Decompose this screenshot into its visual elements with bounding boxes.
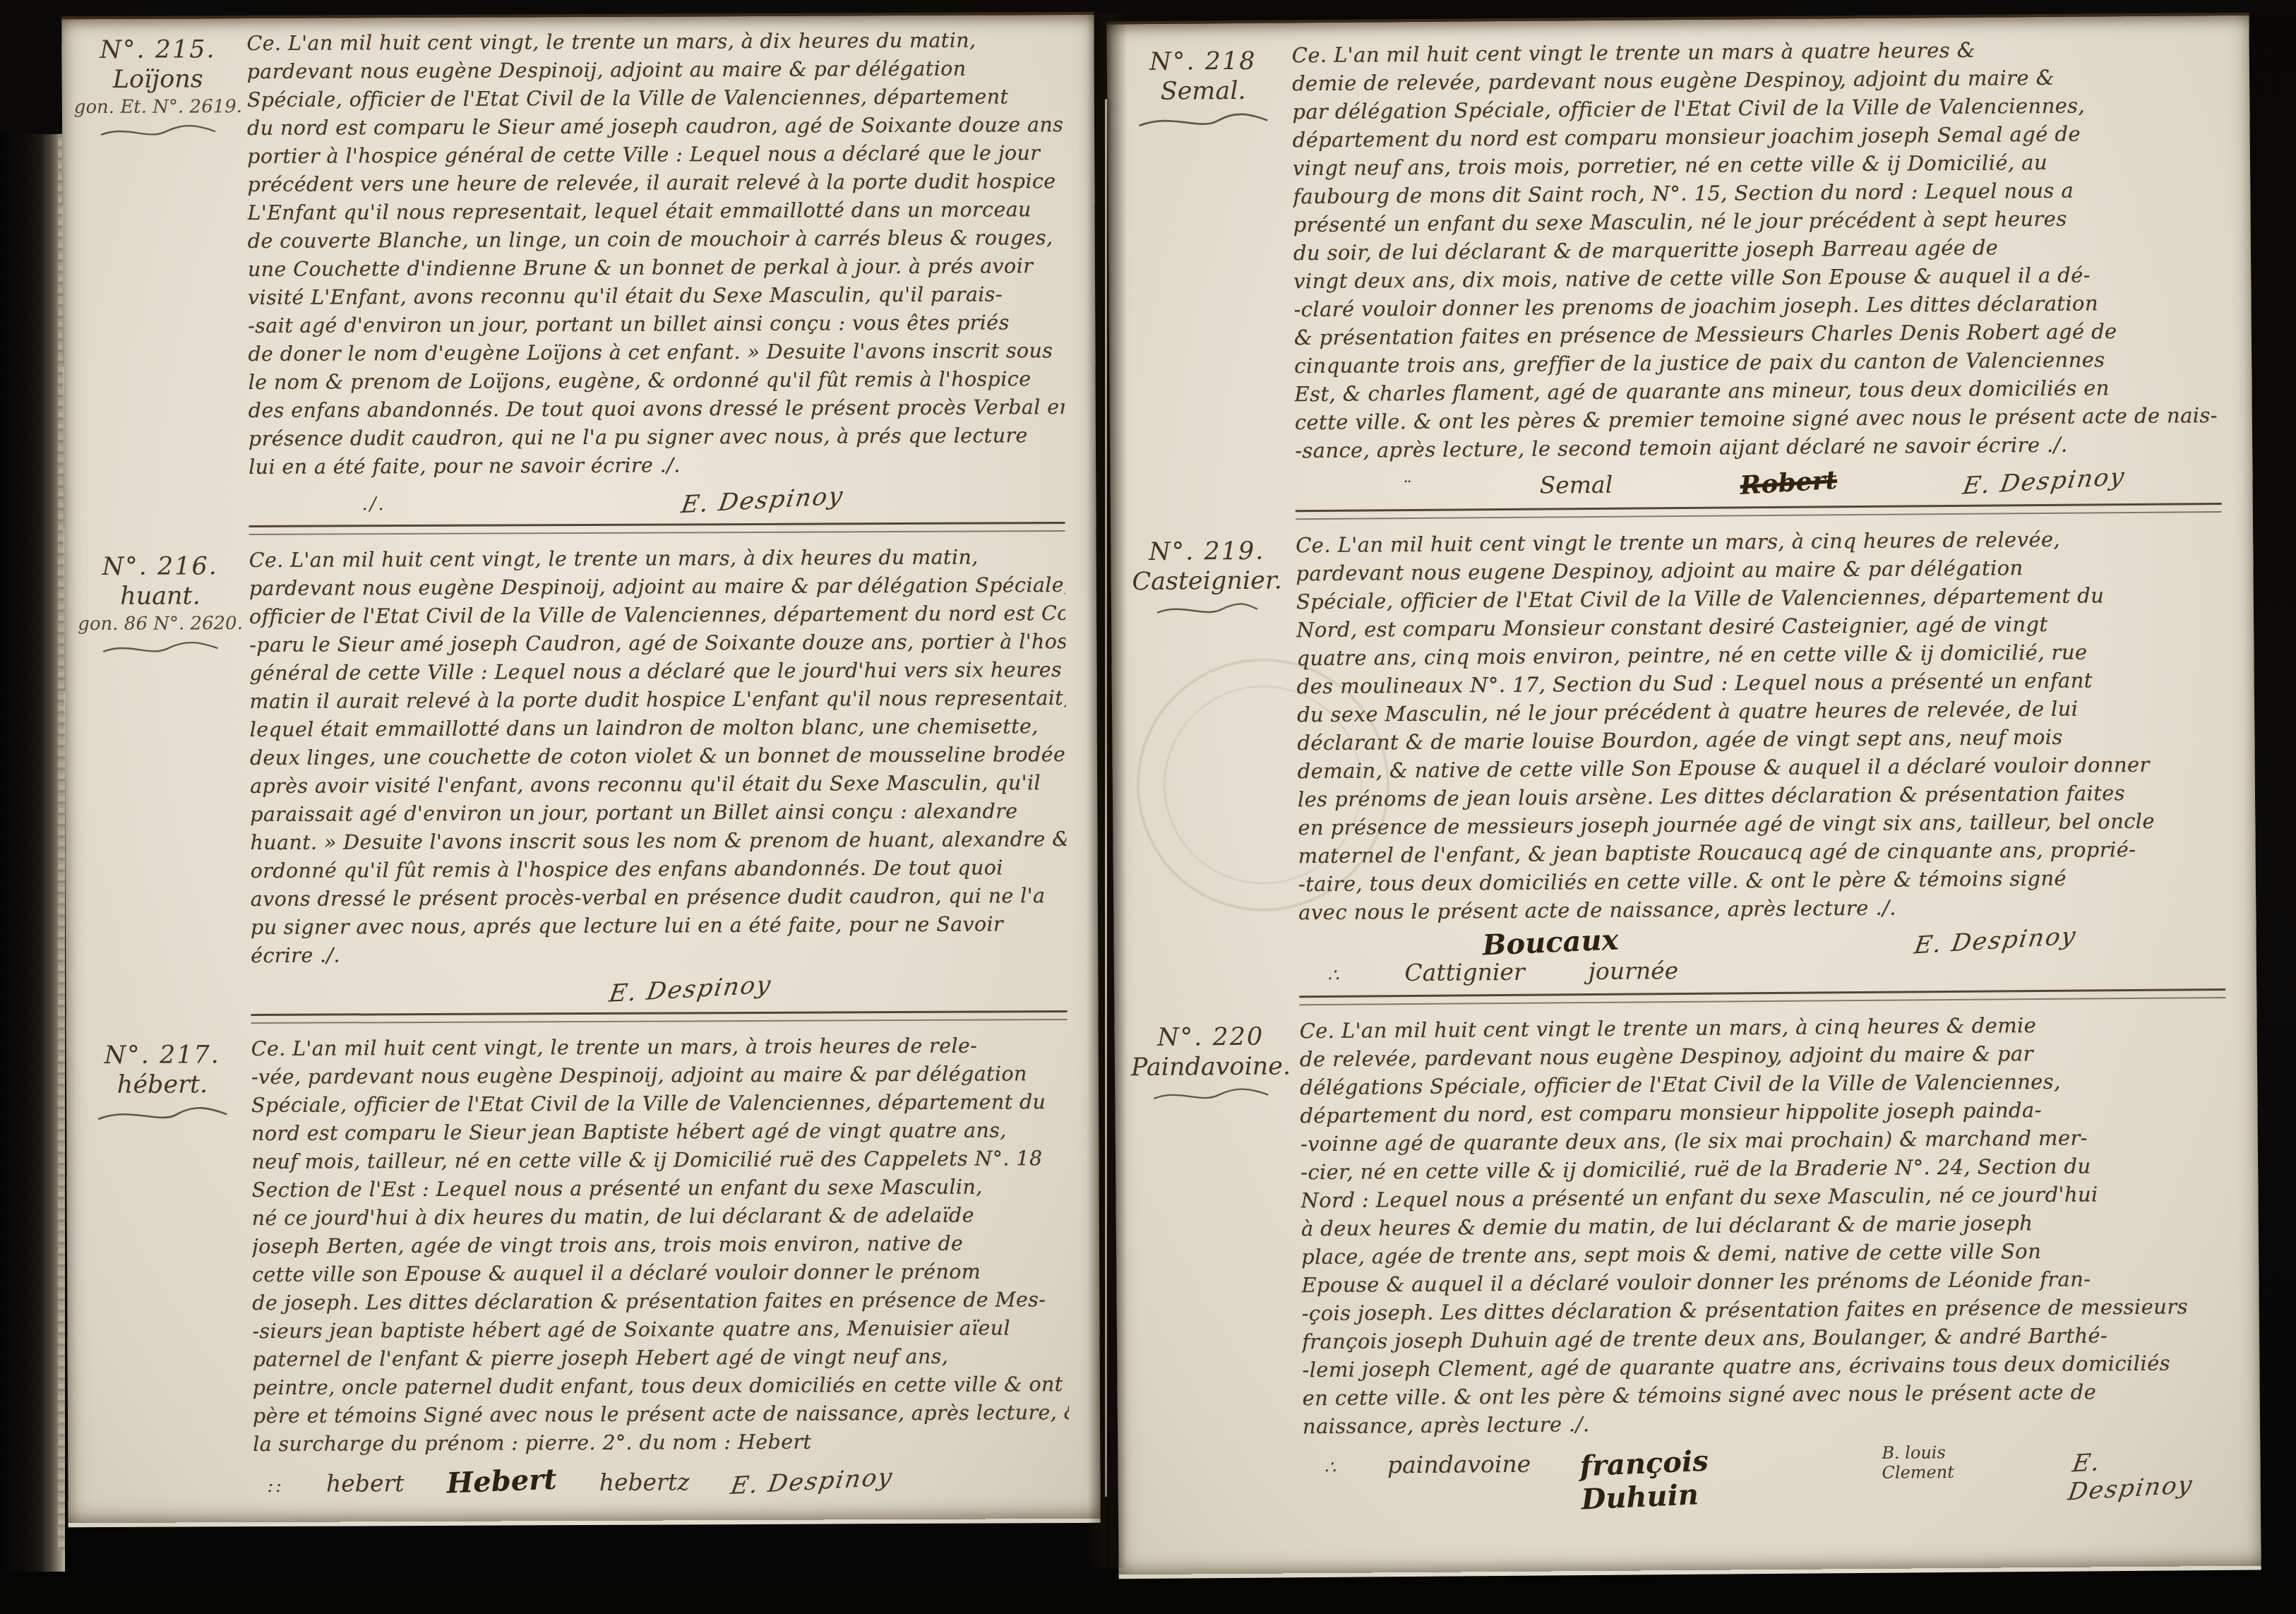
manuscript-line: pu signer avec nous, aprés que lecture l… xyxy=(251,910,1067,942)
entry-219-body: Ce. L'an mil huit cent vingt le trente u… xyxy=(1296,524,2225,990)
entry-218-signatures: ¨SemalRobertE. Despinoy xyxy=(1401,465,2221,501)
manuscript-line: de joseph. Les dittes déclaration & prés… xyxy=(252,1286,1068,1317)
book-top-edge xyxy=(0,0,2296,16)
signature: ./. xyxy=(361,494,385,515)
manuscript-line: le nom & prenom de Loïjons, eugène, & or… xyxy=(249,365,1065,397)
entry-220-signatures: ∴paindavoinefrançois DuhuinB. louis Clem… xyxy=(1324,1440,2230,1514)
signature: ¨ xyxy=(1401,478,1412,499)
manuscript-line: de couverte Blanche, un linge, un coin d… xyxy=(248,224,1064,256)
manuscript-line: nord est comparu le Sieur jean Baptiste … xyxy=(251,1116,1068,1148)
entry-215-lines: Ce. L'an mil huit cent vingt, le trente … xyxy=(246,26,1065,482)
manuscript-line: visité L'Enfant, avons reconnu qu'il éta… xyxy=(248,280,1064,312)
manuscript-line: Ce. L'an mil huit cent vingt, le trente … xyxy=(246,26,1063,58)
manuscript-line: huant. » Desuite l'avons inscrit sous le… xyxy=(250,825,1066,857)
signature: journée xyxy=(1589,957,1679,985)
manuscript-line: lequel était emmaillotté dans un laindro… xyxy=(250,712,1066,744)
entry-216-margin: N°. 216. huant. gon. 86 N°. 2620. xyxy=(71,546,251,1009)
entry-number: N°. 220 xyxy=(1122,1022,1300,1052)
manuscript-line: L'Enfant qu'il nous representait, lequel… xyxy=(247,196,1063,227)
manuscript-line: -paru le Sieur amé joseph Caudron, agé d… xyxy=(249,628,1065,659)
manuscript-line: officier de l'Etat Civil de la Ville de … xyxy=(249,599,1065,631)
manuscript-line: -sieurs jean baptiste hébert agé de Soix… xyxy=(252,1314,1068,1346)
entry-margin-name: Paindavoine. xyxy=(1122,1052,1300,1082)
manuscript-line: précédent vers une heure de relevée, il … xyxy=(247,167,1063,199)
entry-margin-name: huant. xyxy=(71,582,249,611)
manuscript-line: père et témoins Signé avec nous le prése… xyxy=(253,1399,1069,1430)
entry-number: N°. 216. xyxy=(71,552,249,581)
entry-220-margin: N°. 220 Paindavoine. xyxy=(1121,1017,1303,1518)
manuscript-line: avons dressé le présent procès-verbal en… xyxy=(251,882,1067,914)
manuscript-line: Spéciale, officier de l'Etat Civil de la… xyxy=(247,83,1063,114)
signature: Cattignier xyxy=(1404,958,1525,986)
entry-216-body: Ce. L'an mil huit cent vingt, le trente … xyxy=(249,543,1068,1008)
manuscript-line: portier à l'hospice général de cette Vil… xyxy=(247,139,1063,171)
manuscript-line: joseph Berten, agée de vingt trois ans, … xyxy=(252,1229,1068,1261)
manuscript-line: la surcharge du prénom : pierre. 2°. du … xyxy=(253,1427,1069,1459)
entry-220: N°. 220 Paindavoine. Ce. L'an mil huit c… xyxy=(1114,998,2261,1523)
manuscript-line: Section de l'Est : Lequel nous a présent… xyxy=(252,1173,1068,1204)
entry-margin-name: hébert. xyxy=(73,1070,251,1099)
entry-217-body: Ce. L'an mil huit cent vingt, le trente … xyxy=(251,1032,1070,1502)
manuscript-line: -sait agé d'environ un jour, portant un … xyxy=(248,309,1064,340)
signature: Robert xyxy=(1739,465,1838,501)
entry-220-lines: Ce. L'an mil huit cent vingt le trente u… xyxy=(1299,1010,2229,1440)
entry-218-lines: Ce. L'an mil huit cent vingt le trente u… xyxy=(1292,34,2222,465)
entry-216-lines: Ce. L'an mil huit cent vingt, le trente … xyxy=(249,543,1068,970)
manuscript-line: Spéciale, officier de l'Etat Civil de la… xyxy=(251,1088,1068,1120)
entry-margin-name: Loïjons xyxy=(69,65,247,94)
manuscript-line: de doner le nom d'eugène Loïjons à cet e… xyxy=(248,337,1064,369)
margin-flourish-icon xyxy=(1151,1085,1271,1104)
margin-flourish-icon xyxy=(95,1103,229,1125)
entry-217-margin: N°. 217. hébert. xyxy=(73,1035,253,1502)
manuscript-line: du nord est comparu le Sieur amé joseph … xyxy=(247,111,1063,143)
registry-ref: gon. Et. N°. 2619. xyxy=(69,96,247,118)
manuscript-line: ordonné qu'il fût remis à l'hospice des … xyxy=(251,854,1067,885)
signature: françois Duhuin xyxy=(1579,1439,1834,1516)
manuscript-line: lui en a été faite, pour ne savoir écrir… xyxy=(249,450,1065,482)
binding-thread xyxy=(1105,99,1107,1497)
manuscript-line: des enfans abandonnés. De tout quoi avon… xyxy=(249,393,1065,425)
manuscript-line: neuf mois, tailleur, né en cette ville &… xyxy=(251,1144,1068,1176)
signature: hebert xyxy=(326,1469,405,1497)
right-page: N°. 218 Semal. Ce. L'an mil huit cent vi… xyxy=(1106,13,2261,1579)
entry-218-body: Ce. L'an mil huit cent vingt le trente u… xyxy=(1292,34,2222,504)
margin-flourish-icon xyxy=(98,121,218,141)
signature: Semal xyxy=(1539,471,1613,499)
signature: hebertz xyxy=(599,1468,690,1496)
manuscript-line: présence dudit caudron, qui ne l'a pu si… xyxy=(249,422,1065,453)
margin-flourish-icon xyxy=(100,638,220,657)
manuscript-line: une Couchette d'indienne Brune & un bonn… xyxy=(248,252,1064,284)
signature: E. Despinoy xyxy=(729,1463,895,1500)
manuscript-line: général de cette Ville : Lequel nous a d… xyxy=(249,656,1065,688)
manuscript-line: cette ville son Epouse & auquel il a déc… xyxy=(252,1257,1068,1289)
manuscript-line: né ce jourd'hui à dix heures du matin, d… xyxy=(252,1201,1068,1233)
manuscript-line: deux linges, une couchette de coton viol… xyxy=(250,741,1066,772)
manuscript-line: écrire ./. xyxy=(251,938,1067,970)
manuscript-line: paraissait agé d'environ un jour, portan… xyxy=(250,797,1066,829)
signature: paindavoine xyxy=(1387,1450,1531,1479)
entry-217-signatures: ::hebertHeberthebertzE. Despinoy xyxy=(267,1462,1069,1499)
entry-number: N°. 218 xyxy=(1114,47,1292,76)
left-page: N°. 215. Loïjons gon. Et. N°. 2619. Ce. … xyxy=(61,12,1100,1527)
entry-219-signatures-2: ∴Cattignierjournée xyxy=(1327,952,2225,987)
manuscript-line: Ce. L'an mil huit cent vingt, le trente … xyxy=(251,1032,1068,1063)
manuscript-line: matin il aurait relevé à la porte dudit … xyxy=(249,684,1065,716)
entry-218-margin: N°. 218 Semal. xyxy=(1114,41,1296,506)
entry-217-lines: Ce. L'an mil huit cent vingt, le trente … xyxy=(251,1032,1070,1459)
entry-220-body: Ce. L'an mil huit cent vingt le trente u… xyxy=(1299,1010,2230,1517)
margin-flourish-icon xyxy=(1136,109,1270,131)
manuscript-line: paternel de l'enfant & pierre joseph Heb… xyxy=(253,1342,1069,1374)
entry-margin-name: Casteignier. xyxy=(1118,566,1296,596)
entry-215-signatures: ./.E. Despinoy xyxy=(361,485,1065,516)
entry-margin-name: Semal. xyxy=(1114,76,1292,106)
signature: :: xyxy=(267,1476,284,1497)
entry-number: N°. 215. xyxy=(68,35,246,64)
signature: Boucaux xyxy=(1482,923,1620,962)
manuscript-line: -vée, pardevant nous eugène Despinoij, a… xyxy=(251,1060,1068,1092)
signature: Hebert xyxy=(446,1462,558,1500)
signature: E. Despinoy xyxy=(2066,1440,2230,1507)
entry-216-signatures: E. Despinoy xyxy=(314,974,1067,1005)
signature: ∴ xyxy=(1324,1457,1338,1478)
entry-218: N°. 218 Semal. Ce. L'an mil huit cent vi… xyxy=(1106,16,2252,510)
signature: E. Despinoy xyxy=(1961,462,2128,501)
manuscript-line: pardevant nous eugène Despinoij, adjoint… xyxy=(249,571,1065,603)
manuscript-line: après avoir visité l'enfant, avons recon… xyxy=(250,769,1066,801)
manuscript-line: peintre, oncle paternel dudit enfant, to… xyxy=(253,1370,1069,1402)
entry-217: N°. 217. hébert. Ce. L'an mil huit cent … xyxy=(66,1020,1101,1507)
signature: B. louis Clement xyxy=(1882,1442,2021,1483)
book-binding-left-edge xyxy=(0,0,65,1614)
entry-number: N°. 217. xyxy=(73,1041,251,1070)
margin-flourish-icon xyxy=(1154,599,1260,618)
entry-215: N°. 215. Loïjons gon. Et. N°. 2619. Ce. … xyxy=(61,15,1096,525)
entry-215-margin: N°. 215. Loïjons gon. Et. N°. 2619. xyxy=(68,30,249,520)
signature: E. Despinoy xyxy=(679,482,846,519)
signature: E. Despinoy xyxy=(607,971,774,1008)
registry-ref: gon. 86 N°. 2620. xyxy=(71,613,249,635)
manuscript-line: Ce. L'an mil huit cent vingt, le trente … xyxy=(249,543,1065,575)
entry-number: N°. 219. xyxy=(1118,537,1296,566)
entry-215-body: Ce. L'an mil huit cent vingt, le trente … xyxy=(246,26,1065,520)
entry-219-lines: Ce. L'an mil huit cent vingt le trente u… xyxy=(1296,524,2225,926)
entry-216: N°. 216. huant. gon. 86 N°. 2620. Ce. L'… xyxy=(64,532,1099,1013)
signature: ∴ xyxy=(1327,965,1341,986)
manuscript-line: pardevant nous eugène Despinoij, adjoint… xyxy=(247,54,1063,86)
